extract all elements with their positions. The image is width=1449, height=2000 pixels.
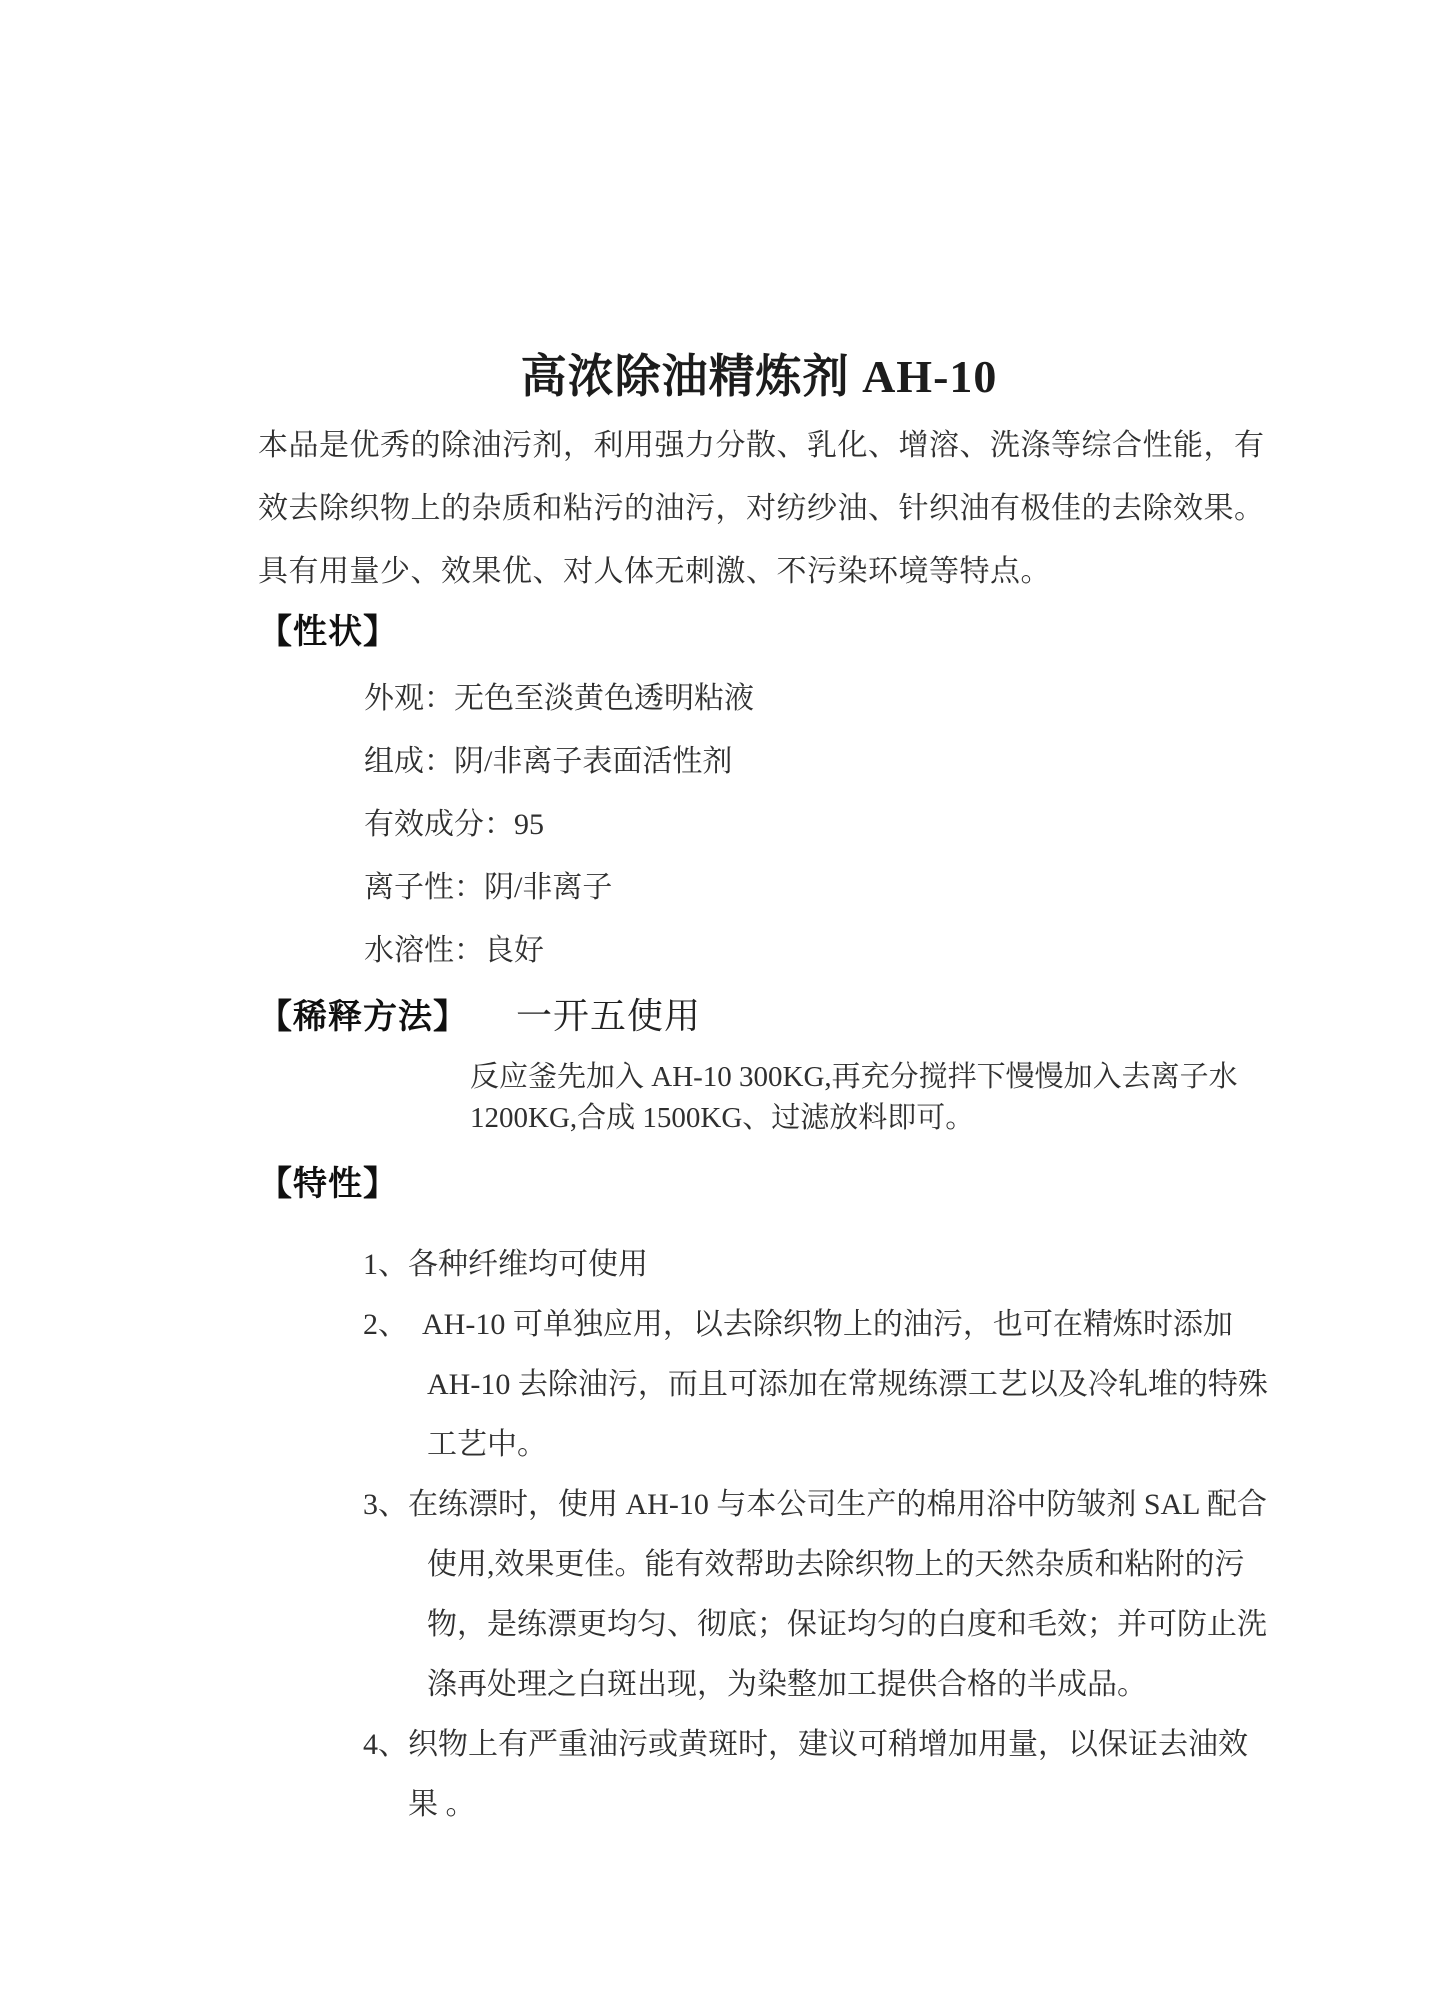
list-item-line: 1、各种纤维均可使用 <box>363 1235 1260 1295</box>
property-line: 组成：阴/非离子表面活性剂 <box>364 730 1260 793</box>
list-text: 各种纤维均可使用 <box>408 1248 648 1281</box>
list-number: 3、 <box>363 1488 408 1521</box>
intro-paragraph: 本品是优秀的除油污剂，利用强力分散、乳化、增溶、洗涤等综合性能，有 效去除织物上… <box>258 414 1260 603</box>
dilution-paragraph: 反应釜先加入 AH-10 300KG,再充分搅拌下慢慢加入去离子水 1200KG… <box>258 1057 1260 1139</box>
properties-list: 外观：无色至淡黄色透明粘液 组成：阴/非离子表面活性剂 有效成分：95 离子性：… <box>258 667 1260 982</box>
list-number: 4、 <box>363 1728 408 1761</box>
list-item-line: 果 。 <box>363 1775 1260 1835</box>
dilution-line: 1200KG,合成 1500KG、过滤放料即可。 <box>470 1098 1260 1139</box>
list-item: 1、各种纤维均可使用 <box>258 1235 1260 1295</box>
dilution-line: 反应釜先加入 AH-10 300KG,再充分搅拌下慢慢加入去离子水 <box>470 1057 1260 1098</box>
section-heading-features: 【特性】 <box>258 1161 1260 1207</box>
list-item-line: 4、织物上有严重油污或黄斑时，建议可稍增加用量，以保证去油效 <box>363 1715 1260 1775</box>
list-item-line: 使用,效果更佳。能有效帮助去除织物上的天然杂质和粘附的污 <box>363 1535 1260 1595</box>
features-list: 1、各种纤维均可使用 2、AH-10 可单独应用，以去除织物上的油污，也可在精炼… <box>258 1235 1260 1835</box>
document-content: 高浓除油精炼剂 AH-10 本品是优秀的除油污剂，利用强力分散、乳化、增溶、洗涤… <box>258 0 1260 1835</box>
page-title: 高浓除油精炼剂 AH-10 <box>258 348 1260 406</box>
list-item-line: AH-10 去除油污，而且可添加在常规练漂工艺以及冷轧堆的特殊 <box>363 1355 1260 1415</box>
list-number: 2、 <box>363 1308 408 1341</box>
list-item: 2、AH-10 可单独应用，以去除织物上的油污，也可在精炼时添加 AH-10 去… <box>258 1295 1260 1475</box>
property-line: 有效成分：95 <box>364 793 1260 856</box>
list-item-line: 工艺中。 <box>363 1415 1260 1475</box>
list-text: 在练漂时，使用 AH-10 与本公司生产的棉用浴中防皱剂 SAL 配合 <box>408 1488 1267 1521</box>
dilution-heading-row: 【稀释方法】 一开五使用 <box>258 988 1260 1041</box>
list-item-line: 涤再处理之白斑出现，为染整加工提供合格的半成品。 <box>363 1655 1260 1715</box>
list-item-line: 物，是练漂更均匀、彻底；保证均匀的白度和毛效；并可防止洗 <box>363 1595 1260 1655</box>
list-text: 织物上有严重油污或黄斑时，建议可稍增加用量，以保证去油效 <box>408 1728 1248 1761</box>
intro-line: 具有用量少、效果优、对人体无刺激、不污染环境等特点。 <box>258 540 1260 603</box>
list-text: AH-10 可单独应用，以去除织物上的油污，也可在精炼时添加 <box>422 1308 1233 1341</box>
dilution-subtitle: 一开五使用 <box>516 988 701 1039</box>
list-item: 3、在练漂时，使用 AH-10 与本公司生产的棉用浴中防皱剂 SAL 配合 使用… <box>258 1475 1260 1715</box>
property-line: 外观：无色至淡黄色透明粘液 <box>364 667 1260 730</box>
property-line: 离子性：阴/非离子 <box>364 856 1260 919</box>
section-heading-dilution: 【稀释方法】 <box>258 993 468 1041</box>
intro-line: 效去除织物上的杂质和粘污的油污，对纺纱油、针织油有极佳的去除效果。 <box>258 477 1260 540</box>
list-item-line: 3、在练漂时，使用 AH-10 与本公司生产的棉用浴中防皱剂 SAL 配合 <box>363 1475 1260 1535</box>
document-page: 高浓除油精炼剂 AH-10 本品是优秀的除油污剂，利用强力分散、乳化、增溶、洗涤… <box>0 0 1449 2000</box>
property-line: 水溶性：良好 <box>364 919 1260 982</box>
intro-line: 本品是优秀的除油污剂，利用强力分散、乳化、增溶、洗涤等综合性能，有 <box>258 414 1260 477</box>
list-number: 1、 <box>363 1248 408 1281</box>
list-item: 4、织物上有严重油污或黄斑时，建议可稍增加用量，以保证去油效 果 。 <box>258 1715 1260 1835</box>
section-heading-properties: 【性状】 <box>258 609 1260 655</box>
list-item-line: 2、AH-10 可单独应用，以去除织物上的油污，也可在精炼时添加 <box>363 1295 1260 1355</box>
